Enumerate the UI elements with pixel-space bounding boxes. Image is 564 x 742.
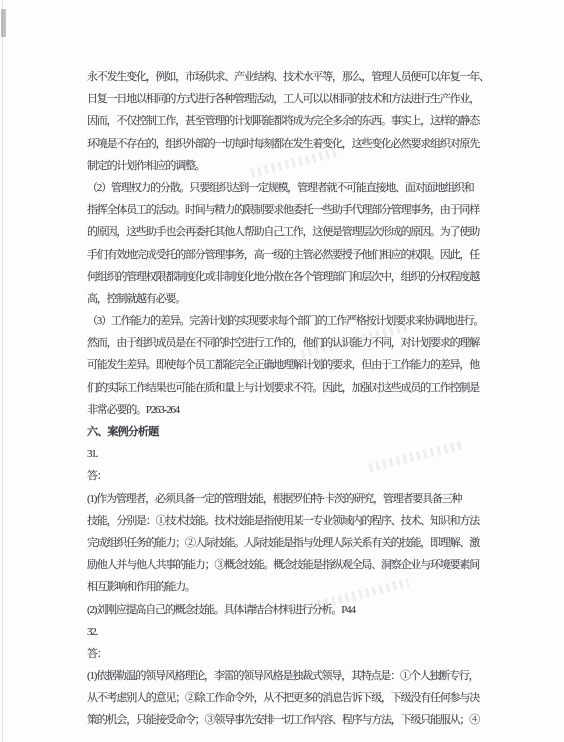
text-line: 高，控制就越有必要。	[87, 288, 481, 310]
text-line: 策的机会，只能接受命令；③领导事先安排一切工作内容、程序与方法，下级只能服从；④	[87, 709, 481, 731]
text-line: 们的实际工作结果也可能在质和量上与计划要求不符。因此，加强对这些成员的工作控制是	[87, 377, 481, 399]
text-line: 指挥全体员工的活动。时间与精力的限制要求他委托一些助手代理部分管理事务，由于同样	[87, 199, 481, 221]
document-text-block: 永不发生变化，例如，市场供求、产业结构、技术水平等，那么，管理人员便可以年复一年…	[87, 66, 481, 732]
text-line: 然而，由于组织成员是在不同的时空进行工作的，他们的认识能力不同，对计划要求的理解	[87, 332, 481, 354]
text-line: （3）工作能力的差异。完善计划的实现要求每个部门的工作严格按计划要求来协调地进行…	[87, 310, 481, 332]
text-line: 答：	[87, 643, 481, 665]
text-line: 可能发生差异。即使每个员工都能完全正确地理解计划的要求，但由于工作能力的差异，他	[87, 354, 481, 376]
text-line: 因而，不仅控制工作，甚至管理的计划职能都将成为完全多余的东西。事实上，这样的静态	[87, 110, 481, 132]
text-line: (2)刘刚应提高自己的概念技能。具体请结合材料进行分析。P44	[87, 599, 481, 621]
text-line: 完成组织任务的能力；②人际技能。人际技能是指与处理人际关系有关的技能，即理解、激	[87, 532, 481, 554]
text-line: 手们有效地完成受托的部分管理事务，高一级的主管必然要授予他们相应的权限。因此，任	[87, 244, 481, 266]
text-line: 的原因，这些助手也会再委托其他人帮助自己工作，这便是管理层次形成的原因。为了使助	[87, 221, 481, 243]
page-edge-line	[2, 0, 3, 742]
text-line: 制定的计划作相应的调整。	[87, 155, 481, 177]
text-line: 励他人并与他人共事的能力；③概念技能。概念技能是指纵观全局、洞察企业与环境要素间	[87, 554, 481, 576]
text-line: 相互影响和作用的能力。	[87, 576, 481, 598]
text-line: 答：	[87, 465, 481, 487]
section-heading: 六、案例分析题	[87, 421, 481, 443]
text-line: (1)作为管理者，必须具备一定的管理技能，根据罗伯特·卡茨的研究，管理者要具备三…	[87, 488, 481, 510]
text-line: 永不发生变化，例如，市场供求、产业结构、技术水平等，那么，管理人员便可以年复一年…	[87, 66, 481, 88]
text-line: 日复一日地以相同的方式进行各种管理活动，工人可以以相同的技术和方法进行生产作业，	[87, 88, 481, 110]
text-line: (1)依据勒温的领导风格理论，李雷的领导风格是独裁式领导，其特点是：①个人独断专…	[87, 665, 481, 687]
text-line: 31.	[87, 443, 481, 465]
text-line: 从不考虑别人的意见；②除工作命令外，从不把更多的消息告诉下级，下级没有任何参与决	[87, 687, 481, 709]
text-line: 何组织的管理权限都制度化或非制度化地分散在各个管理部门和层次中，组织的分权程度越	[87, 266, 481, 288]
text-line: 非常必要的。P263-264	[87, 399, 481, 421]
scanned-document-page: 永不发生变化，例如，市场供求、产业结构、技术水平等，那么，管理人员便可以年复一年…	[0, 0, 564, 742]
text-line: 环境是不存在的，组织外部的一切每时每刻都在发生着变化，这些变化必然要求组织对原先	[87, 133, 481, 155]
scan-artifact-mark	[1, 9, 6, 37]
text-line: （2）管理权力的分散。只要组织达到一定规模，管理者就不可能直接地、面对面地组织和	[87, 177, 481, 199]
text-line: 32.	[87, 621, 481, 643]
text-line: 技能，分别是：①技术技能。技术技能是指使用某一专业领域内的程序、技术、知识和方法	[87, 510, 481, 532]
